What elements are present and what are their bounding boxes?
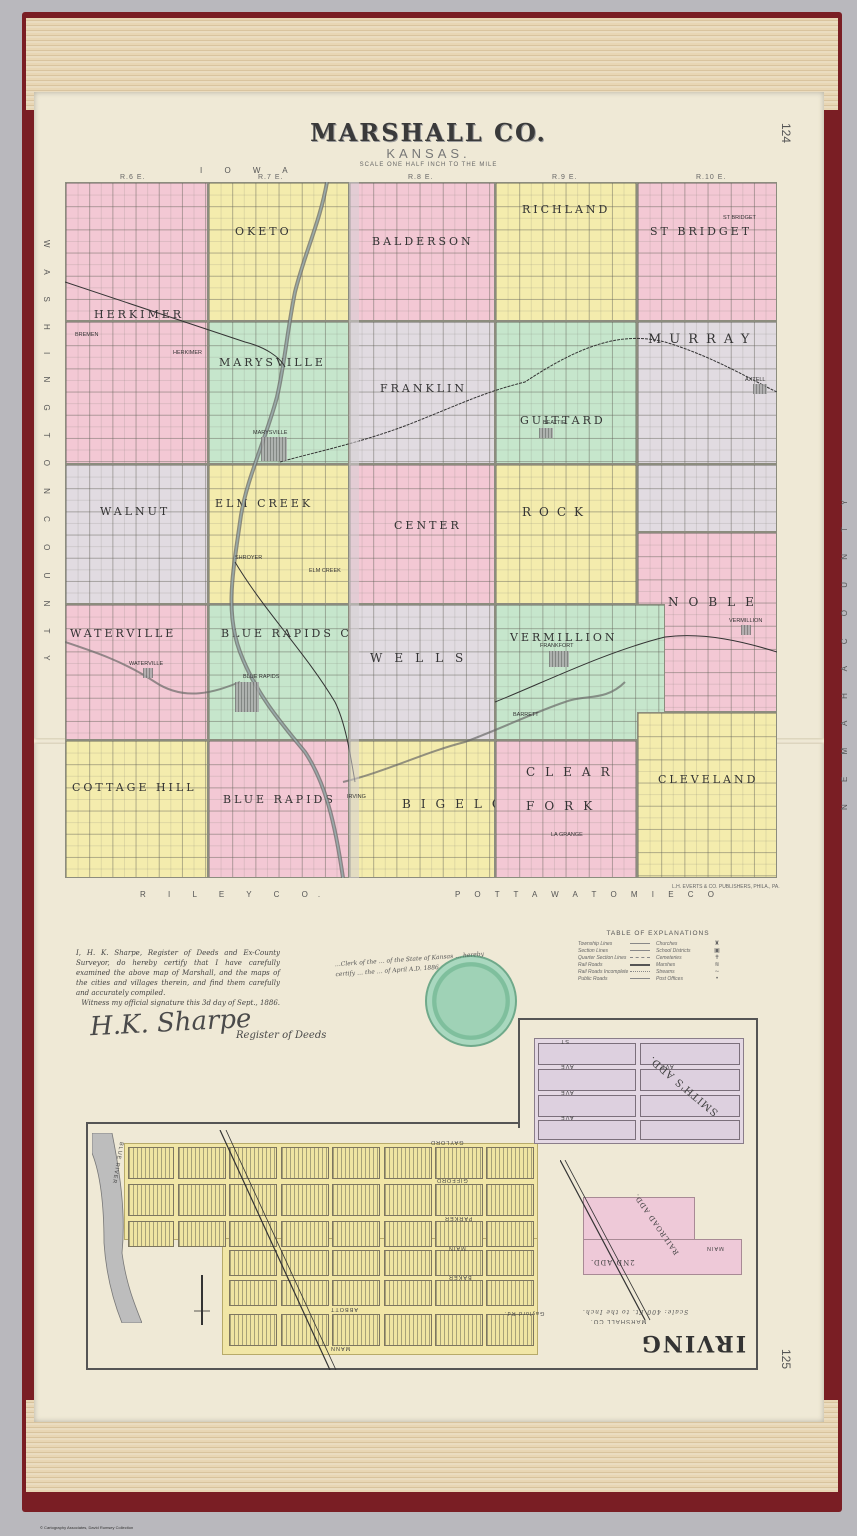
town-label: WATERVILLE <box>129 661 163 667</box>
city-block <box>486 1184 534 1216</box>
legend-item: Rail Roads Incomplete <box>578 969 630 975</box>
town-label: ST BRIDGET <box>723 215 756 221</box>
legend-row: Public RoadsPost Offices• <box>578 975 738 982</box>
city-block <box>486 1280 534 1306</box>
town-label: AXTELL <box>745 377 765 383</box>
town-label: SHROYER <box>235 555 262 561</box>
legend-item: Streams <box>656 969 712 975</box>
street-label: GAYLORD <box>430 1139 464 1145</box>
city-block <box>435 1221 483 1247</box>
city-block <box>384 1314 432 1346</box>
legend: TABLE OF EXPLANATIONS Township LinesChur… <box>578 930 738 982</box>
west-border-label: W A S H I N G T O N C O U N T Y <box>42 240 51 860</box>
town-label: MARYSVILLE <box>253 430 287 436</box>
signature-title: Register of Deeds <box>236 1030 326 1041</box>
legend-item: Township Lines <box>578 941 630 947</box>
legend-item: Cemeteries <box>656 955 712 961</box>
city-frankfort <box>549 651 569 667</box>
cemetery-icon: ✝ <box>712 954 722 961</box>
city-waterville <box>143 668 153 678</box>
city-block <box>486 1250 534 1276</box>
street-label: BAKER <box>448 1274 472 1280</box>
town-label: BARRETT <box>513 712 539 718</box>
city-block <box>384 1280 432 1306</box>
certificate-text: I, H. K. Sharpe, Register of Deeds and E… <box>76 949 280 997</box>
city-block <box>538 1120 636 1140</box>
town-label: IRVING <box>347 794 366 800</box>
town-label: FRANKFORT <box>540 643 574 649</box>
town-label: BLUE RAPIDS <box>243 674 279 680</box>
city-block <box>128 1221 174 1247</box>
legend-item: Section Lines <box>578 948 630 954</box>
legend-row: Rail Roads IncompleteStreams∼ <box>578 968 738 975</box>
town-label: VERMILLION <box>729 618 762 624</box>
street-label: Gaylord Rd. <box>504 1310 544 1316</box>
city-block <box>384 1147 432 1179</box>
north-border-label: I O W A <box>200 166 298 175</box>
marsh-icon: ≋ <box>712 961 722 968</box>
city-blue-rapids <box>235 682 259 712</box>
map-title: MARSHALL CO. <box>0 118 857 147</box>
copyright: © Cartography Associates, David Rumsey C… <box>40 1525 133 1530</box>
range-label: R.9 E. <box>552 174 577 181</box>
south-west-border-label: R I L E Y C O. <box>140 890 330 899</box>
south-east-border-label: P O T T A W A T O M I E C O <box>455 890 720 899</box>
legend-row: Rail RoadsMarshes≋ <box>578 961 738 968</box>
city-block <box>640 1120 740 1140</box>
post-office-icon: • <box>712 976 722 982</box>
range-label: R.6 E. <box>120 174 145 181</box>
irving-scale: Scale: 400 Ft. to the Inch. <box>582 1308 688 1315</box>
city-block <box>384 1221 432 1247</box>
city-block <box>538 1069 636 1091</box>
irving-title: IRVING <box>640 1330 746 1356</box>
city-block <box>486 1314 534 1346</box>
town-label: HERKIMER <box>173 350 202 356</box>
city-vermillion <box>741 625 751 635</box>
city-block <box>435 1184 483 1216</box>
legend-item: School Districts <box>656 948 712 954</box>
city-block <box>486 1221 534 1247</box>
rivers-and-railroads <box>65 182 777 878</box>
street-label: AVE <box>560 1063 574 1069</box>
city-block <box>384 1184 432 1216</box>
city-block <box>435 1280 483 1306</box>
street-label: PARKER <box>444 1215 472 1221</box>
range-label: R.10 E. <box>696 174 726 181</box>
street-label: AVE <box>560 1089 574 1095</box>
north-arrow-icon <box>192 1275 212 1325</box>
city-block <box>538 1095 636 1117</box>
legend-row: Quarter Section LinesCemeteries✝ <box>578 954 738 961</box>
legend-row: Section LinesSchool Districts▣ <box>578 947 738 954</box>
school-icon: ▣ <box>712 947 722 954</box>
town-label: BREMEN <box>75 332 99 338</box>
page-number-bottom: 125 <box>779 1349 793 1369</box>
legend-title: TABLE OF EXPLANATIONS <box>578 930 738 937</box>
railroad-line <box>200 1130 340 1370</box>
town-label: LA GRANGE <box>551 832 583 838</box>
county-map: OKETO BALDERSON RICHLAND ST BRIDGET HERK… <box>65 182 835 878</box>
town-label: ELM CREEK <box>309 568 341 574</box>
legend-item: Quarter Section Lines <box>578 955 630 961</box>
range-label: R.7 E. <box>258 174 283 181</box>
city-block <box>128 1147 174 1179</box>
city-block <box>435 1147 483 1179</box>
publisher-credit: L.H. EVERTS & CO. PUBLISHERS, PHILA., PA… <box>672 884 780 890</box>
city-block <box>538 1043 636 1065</box>
city-block <box>486 1147 534 1179</box>
city-beattie <box>539 428 553 438</box>
legend-item: Public Roads <box>578 976 630 982</box>
surveyor-certificate: I, H. K. Sharpe, Register of Deeds and E… <box>76 948 280 1008</box>
city-axtell <box>753 384 767 394</box>
legend-row: Township LinesChurches♜ <box>578 940 738 947</box>
street-label: MAIN <box>706 1245 724 1251</box>
legend-item: Rail Roads <box>578 962 630 968</box>
street-label: AVE <box>560 1114 574 1120</box>
city-block <box>435 1250 483 1276</box>
town-label: BEATTIE <box>543 420 566 426</box>
stream-icon: ∼ <box>712 968 722 975</box>
street-label: MAIN <box>448 1245 466 1251</box>
city-block <box>128 1184 174 1216</box>
legend-item: Post Offices <box>656 976 712 982</box>
church-icon: ♜ <box>712 940 722 947</box>
range-label: R.8 E. <box>408 174 433 181</box>
street-label: ST <box>560 1038 569 1044</box>
legend-item: Marshes <box>656 962 712 968</box>
map-scale: SCALE ONE HALF INCH TO THE MILE <box>0 162 857 168</box>
city-block <box>435 1314 483 1346</box>
city-block <box>384 1250 432 1276</box>
city-marysville <box>261 437 287 461</box>
east-border-label: N E M A H A C O U N T Y <box>840 210 849 810</box>
legend-item: Churches <box>656 941 712 947</box>
irving-county: MARSHALL CO. <box>590 1318 646 1324</box>
street-label: GIFFORD <box>436 1177 468 1183</box>
map-state: KANSAS. <box>0 146 857 161</box>
